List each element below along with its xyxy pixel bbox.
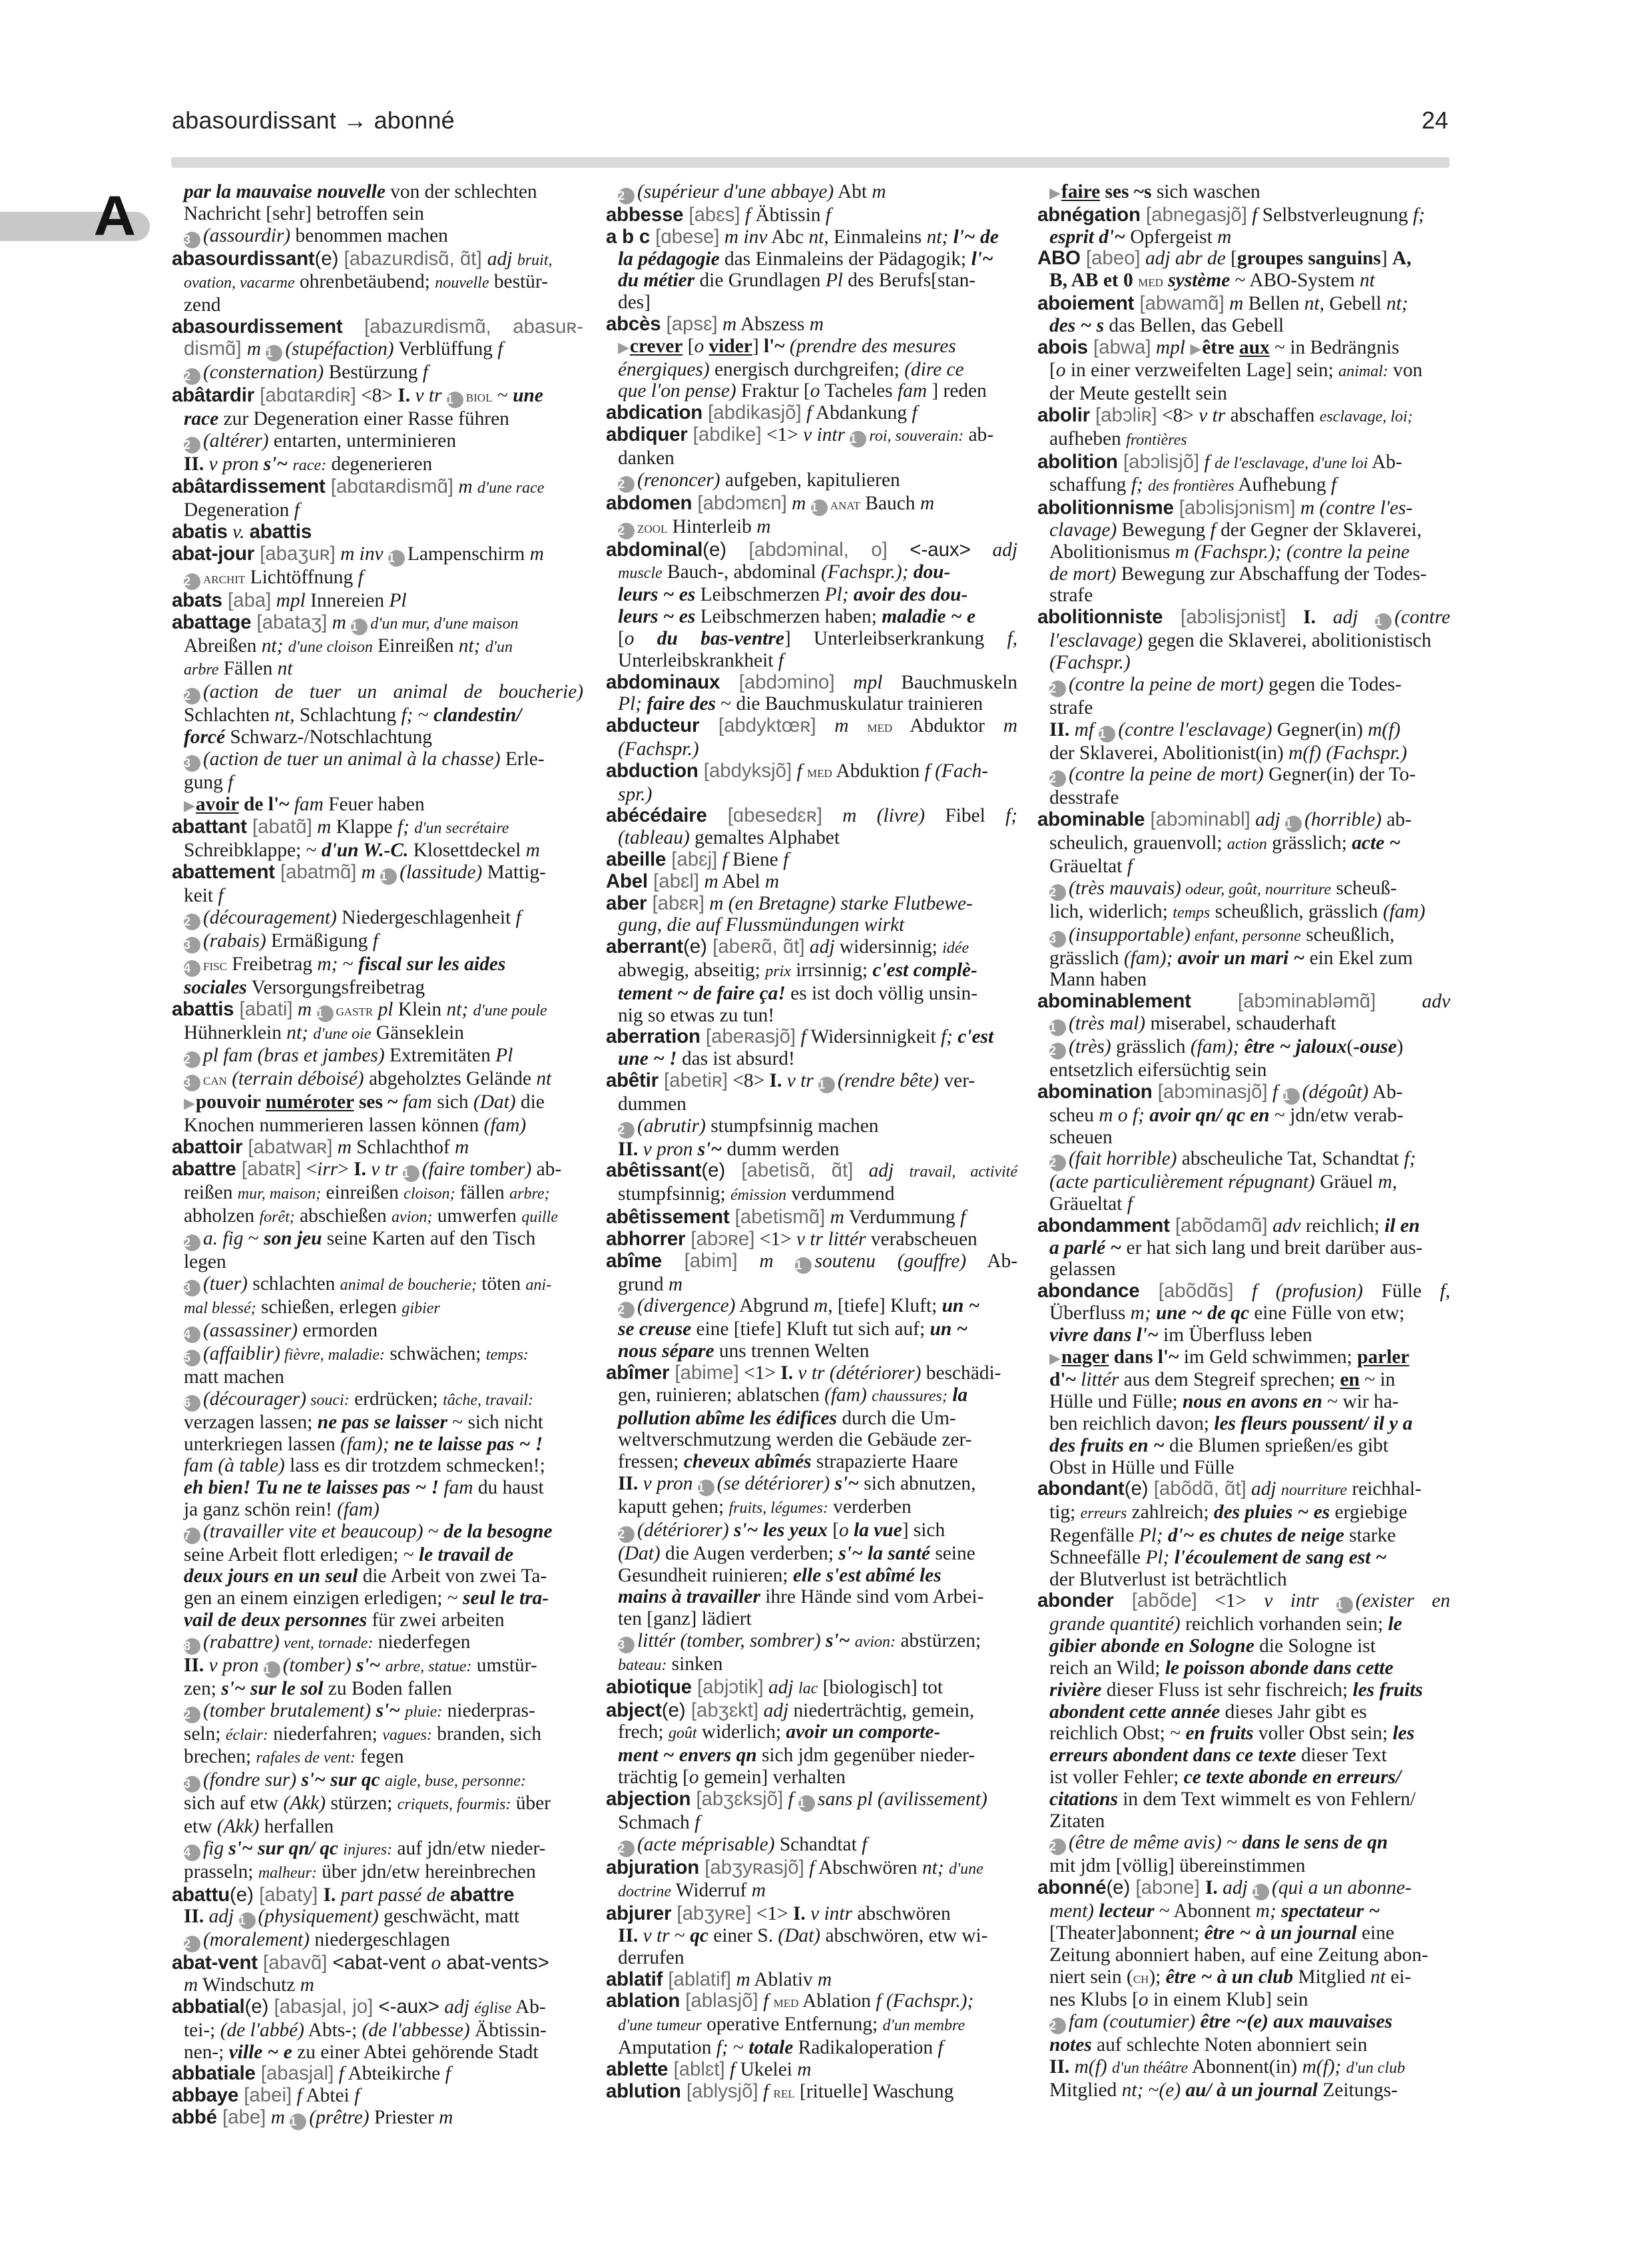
headword: abattu (172, 1884, 230, 1906)
entry-headword-line: ablette [ablɛt] f Ukelei m (606, 2059, 1017, 2081)
text-run: m(f) (1368, 719, 1400, 740)
text-run: (e) (1159, 2080, 1181, 2101)
text-run: sich jdm gegenüber nieder- (757, 1745, 975, 1766)
text-run: entsetzlich eifersüchtig sein (1049, 1059, 1266, 1081)
text-run: o (694, 336, 704, 357)
headword: abîmer (606, 1362, 669, 1384)
sense-number-icon: 1 (317, 1005, 334, 1022)
text-run: verderben (828, 1496, 912, 1518)
text-run: (Dat) (473, 1091, 516, 1113)
entry-continuation-line: mal blessé; schießen, erlegen gibier (172, 1296, 583, 1320)
text-run: ani- (525, 1276, 551, 1294)
entry-headword-line: abattre [abatʀ] <irr> I. v tr 1(faire to… (172, 1159, 583, 1182)
text-run: nt (278, 658, 293, 679)
text-run: faire des (647, 693, 716, 714)
text-run: bestür- (489, 271, 547, 292)
entry-headword-line: abondant(e) [abõdɑ̃, ɑ̃t] adj nourriture… (1037, 1478, 1450, 1502)
text-run: o (689, 1767, 699, 1788)
headword: aberrant (606, 936, 683, 958)
text-run: fiscal sur les aides (358, 954, 505, 975)
text-run: I. (398, 385, 410, 406)
text-run: adj (487, 248, 517, 270)
text-run: operative Entfernung; (702, 2014, 883, 2035)
text-run: l'esclavage) (1049, 630, 1143, 651)
page-number: 24 (1422, 107, 1448, 135)
text-run: (fam) (484, 1115, 527, 1136)
text-run: ~ (670, 1925, 690, 1946)
text-run: il en (1384, 1215, 1420, 1237)
headword: abêtissant (606, 1159, 701, 1181)
text-run: (supérieur d'une abbaye) (637, 181, 834, 202)
text-run: abat-vents> (441, 1952, 549, 1974)
text-run: sich waschen (1151, 181, 1260, 202)
text-run: irrsinnig; (791, 960, 872, 981)
text-run: (e) (244, 1996, 268, 2018)
text-run: die Arbeit von zwei Ta- (358, 1565, 547, 1587)
text-run: s'~ (698, 1139, 722, 1160)
text-run: <8> (1157, 405, 1194, 426)
text-run: Lampenschirm (408, 543, 530, 565)
text-run: I. (793, 1903, 806, 1924)
entry-continuation-line: nig so etwas zu tun! (606, 1005, 1017, 1027)
column-right: ▶faire ses ~s sich waschenabnégation [ab… (1037, 181, 1450, 2102)
entry-continuation-line: abondent cette année dieses Jahr gibt es (1037, 1701, 1450, 1723)
phonetic: [abdike] (688, 423, 762, 445)
headword: abattis (250, 521, 312, 543)
phonetic: [abdyktœʀ] (699, 714, 816, 736)
entry-continuation-line: 2(abrutir) stumpfsinnig machen (606, 1115, 1017, 1139)
text-run: Ukelei (735, 2059, 797, 2080)
text-run: irr (317, 1159, 338, 1180)
headword: abominable (1037, 808, 1145, 830)
entry-continuation-line: desstrafe (1037, 787, 1450, 809)
text-run: m (797, 2059, 811, 2080)
text-run: aigle, buse, personne: (385, 1773, 526, 1790)
text-run: es ist doch völlig unsin- (786, 983, 977, 1004)
text-run: adj (1246, 1478, 1281, 1500)
phonetic: [abõde] (1114, 1589, 1197, 1611)
text-run: c'est complè- (872, 960, 977, 981)
headword: abbatiale (172, 2062, 256, 2084)
text-run: f (912, 402, 917, 423)
text-run: B, AB et 0 (1049, 270, 1138, 291)
text-run: (assassiner) (203, 1320, 298, 1341)
text-run: schlachten (248, 1273, 340, 1294)
text-run: grande quantité) (1049, 1613, 1181, 1635)
entry-headword-line: abjurer [abʒyʀe] <1> I. v intr abschwöre… (606, 1903, 1017, 1925)
text-run: Amputation (618, 2037, 716, 2058)
text-run: criquets, fourmis: (398, 1796, 511, 1813)
entry-headword-line: abolir [abɔliʀ] <8> v tr abschaffen escl… (1037, 405, 1450, 428)
entry-continuation-line: dummen (606, 1093, 1017, 1115)
text-run: uns trennen Welten (714, 1340, 870, 1362)
text-run: -ouse (1353, 1036, 1396, 1057)
entry-headword-line: abdominaux [abdɔmino] mpl Bauchmuskeln (606, 672, 1017, 694)
text-run: reichlich; (1301, 1215, 1385, 1237)
text-run: zur Degeneration einer Rasse führen (218, 408, 509, 429)
text-run: nt (1360, 270, 1375, 291)
text-run: Abdankung (812, 402, 912, 423)
text-run: (contre (1394, 607, 1450, 628)
text-run: Abc (767, 226, 808, 248)
entry-headword-line: aboiement [abwamɑ̃] m Bellen nt, Gebell … (1037, 293, 1450, 315)
sense-number-icon: 2 (184, 914, 200, 930)
text-run: nt (1370, 1966, 1386, 1988)
text-run: Bewegung (1117, 519, 1210, 541)
entry-continuation-line: nes Klubs [o in einem Klub] sein (1037, 1989, 1450, 2011)
headword: abdominal (606, 539, 702, 561)
text-run: (contre la peine de mort) (1069, 674, 1264, 695)
text-run: aux (1239, 337, 1270, 358)
text-run: malheur: (258, 1864, 317, 1882)
text-run: (fam); (1124, 948, 1178, 969)
text-run: de la besogne (443, 1521, 552, 1542)
text-run: clavage) (1049, 519, 1117, 541)
text-run: abwegig, abseitig; (618, 960, 765, 981)
text-run: adj abr de (1141, 248, 1231, 269)
headword: abjection (606, 1788, 690, 1810)
text-run: <1> (762, 424, 798, 445)
text-run: grässlich; (1267, 832, 1352, 854)
text-run: eine (1357, 1922, 1394, 1944)
idiom-triangle-icon: ▶ (618, 339, 629, 356)
text-run: parler (1357, 1346, 1409, 1368)
phonetic: [abim] (662, 1250, 738, 1272)
entry-continuation-line: grande quantité) reichlich vorhanden sei… (1037, 1613, 1450, 1635)
text-run: Abduktion (832, 760, 925, 782)
text-run: v pron (204, 453, 264, 475)
text-run: f (826, 204, 831, 226)
text-run: <8> (356, 385, 398, 406)
sense-number-icon: 4 (184, 1326, 200, 1343)
text-run: Schmach (618, 1812, 694, 1833)
text-run: schwächen; (385, 1343, 486, 1364)
text-run: lac (798, 1680, 818, 1697)
text-run: abscheuliche Tat, Schandtat (1177, 1148, 1404, 1169)
text-run: l'écoulement de sang est ~ (1175, 1547, 1387, 1568)
headword: abolitionnisme (1037, 497, 1174, 519)
text-run: dans l'~ (1109, 1346, 1179, 1368)
text-run: v pron (638, 1139, 698, 1160)
text-run: Pl (826, 270, 843, 291)
entry-continuation-line: 8(rabattre) vent, tornade: niederfegen (172, 1631, 583, 1655)
text-run: fegen (356, 1746, 404, 1767)
text-run: seine (930, 1543, 975, 1564)
entry-continuation-line: Nachricht [sehr] betroffen sein (172, 203, 583, 225)
sense-number-icon: 6 (184, 1395, 200, 1412)
headword: abeille (606, 848, 666, 870)
text-run: Ab- (1368, 451, 1402, 473)
sense-number-icon: 2 (184, 368, 200, 385)
entry-continuation-line: 2archit Lichtöffnung f (172, 567, 583, 590)
text-run: abschießen (295, 1205, 392, 1227)
entry-continuation-line: mains à travailler ihre Hände sind vom A… (606, 1586, 1017, 1608)
text-run: m (300, 1974, 314, 1996)
text-run: que l'on pense) (618, 380, 736, 402)
text-run: m (453, 476, 477, 497)
text-run: (tableau) (618, 827, 690, 848)
entry-continuation-line: (tableau) gemaltes Alphabet (606, 827, 1017, 849)
text-run: (fam) (1383, 901, 1426, 922)
phonetic: [abɔʀe] (685, 1228, 754, 1250)
text-run: (fam); (340, 1434, 389, 1455)
text-run: des ~ s (1049, 315, 1104, 336)
text-run: desstrafe (1049, 787, 1119, 808)
text-run: v tr littér (792, 1229, 866, 1250)
text-run: Widerruf (671, 1880, 752, 1901)
text-run: <-aux> (378, 1996, 439, 2018)
sense-number-icon: 1 (264, 1661, 280, 1678)
text-run: ~ (728, 2037, 749, 2058)
phonetic: [abazuʀdisɑ̃, ɑ̃t] (338, 248, 487, 270)
text-run: zend (184, 294, 220, 316)
text-run: Zeitungs- (1318, 2080, 1398, 2101)
text-run: nt; (459, 635, 485, 657)
entry-continuation-line: Gesundheit ruinieren; elle s'est abîmé l… (606, 1565, 1017, 1587)
text-run: Fülle (1363, 1280, 1440, 1302)
text-run: gemein] verhalten (699, 1767, 846, 1788)
text-run: A, (1392, 248, 1412, 269)
text-run: (rabais) (203, 930, 266, 952)
entry-continuation-line: Schlachten nt, Schlachtung f; ~ clandest… (172, 704, 583, 726)
text-run: action (1227, 836, 1267, 853)
text-run: widerlich; (697, 1721, 786, 1743)
text-run: acte ~ (1352, 832, 1400, 854)
text-run: m (356, 862, 380, 883)
text-run: Mitglied (1049, 2080, 1122, 2101)
text-run: m; (1256, 1900, 1281, 1922)
text-run: (être de même avis) (1069, 1832, 1222, 1853)
text-run: f (423, 362, 428, 383)
text-run: vagues: (382, 1727, 432, 1744)
entry-continuation-line: entsetzlich eifersüchtig sein (1037, 1059, 1450, 1081)
text-run: scheuß- (1331, 878, 1397, 899)
entry-continuation-line: gibier abonde en Sologne die Sologne ist (1037, 1635, 1450, 1657)
sense-number-icon: 1 (1336, 1597, 1353, 1613)
entry-continuation-line: leurs ~ es Leibschmerzen Pl; avoir des d… (606, 584, 1017, 606)
text-run: s'~ les yeux (729, 1520, 828, 1541)
text-run: Bestürzung (324, 362, 423, 383)
text-run: II. (184, 1655, 204, 1676)
text-run: (contre la peine de mort) (1069, 764, 1264, 785)
text-run: der Sklaverei, Abolitionist(in) (1049, 742, 1288, 764)
text-run: littér (1081, 1369, 1119, 1390)
phonetic: [abavɑ̃] (258, 1952, 333, 1974)
headword: abêtir (606, 1069, 659, 1091)
sense-number-icon: 1 (811, 499, 828, 516)
sense-number-icon: 2 (1049, 681, 1066, 697)
entry-continuation-line: Regenfälle Pl; d'~ es chutes de neige st… (1037, 1525, 1450, 1547)
entry-headword-line: abolition [abɔlisjõ] f de l'esclavage, d… (1037, 451, 1450, 475)
text-run: race (184, 408, 218, 429)
text-run: I. (1205, 1877, 1218, 1898)
text-run: m (787, 493, 811, 514)
text-run: niederfahren; (268, 1723, 382, 1745)
text-run: derrufen (618, 1947, 685, 1968)
text-run: de l'~ (239, 794, 294, 815)
text-run: notes (1049, 2034, 1092, 2056)
text-run: (assourdir) (203, 225, 290, 246)
text-run: Pl; (618, 693, 647, 714)
headword: abattre (450, 1884, 515, 1906)
text-run: Bauch (860, 493, 920, 514)
headword: abolition (1037, 451, 1118, 473)
text-run: des pluies ~ es (1214, 1502, 1330, 1523)
headword: abats (172, 589, 222, 611)
text-run: abschaffen (1225, 405, 1319, 426)
text-run: erreurs (1081, 1505, 1127, 1522)
text-run: zu einer Abtei gehörende Stadt (292, 2042, 539, 2063)
text-run: v tr (1194, 405, 1225, 426)
text-run: nen-; (184, 2042, 229, 2063)
text-run: faire (1061, 181, 1100, 202)
text-run: (Dat) (778, 1925, 820, 1946)
phonetic: [abʒyʀasjõ] (699, 1856, 804, 1878)
text-run: verdummend (786, 1183, 894, 1205)
text-run: seln; (184, 1723, 226, 1745)
text-run: für zwei arbeiten (367, 1609, 504, 1631)
text-run: med (774, 1994, 799, 2011)
text-run: (divergence) (637, 1295, 735, 1316)
text-run: f; (1404, 1148, 1416, 1169)
text-run: m(f) (1069, 2056, 1112, 2078)
text-run: des Berufs[stan- (843, 270, 975, 291)
text-run: f (792, 760, 807, 782)
entry-continuation-line: Pl; faire des ~ die Bauchmuskulatur trai… (606, 693, 1017, 715)
phonetic: [abdɔmɛn] (692, 492, 787, 514)
entry-headword-line: abbesse [abɛs] f Äbtissin f (606, 204, 1017, 226)
text-run: m (731, 1969, 750, 1990)
text-run: (e) (701, 1159, 725, 1181)
text-run: < (301, 1159, 317, 1180)
entry-headword-line: ablation [ablasjõ] f med Ablation f (Fac… (606, 1990, 1017, 2014)
entry-continuation-line: 2zool Hinterleib m (606, 516, 1017, 539)
headword: abbaye (172, 2084, 238, 2106)
text-run: tâche, travail: (443, 1392, 533, 1409)
text-run: avion: (855, 1633, 896, 1651)
text-run: (e) (230, 1884, 254, 1906)
text-run: nt, (1304, 293, 1324, 314)
entry-continuation-line: Schreibklappe; ~ d'un W.-C. Klosettdecke… (172, 840, 583, 862)
text-run: (Akk) (217, 1816, 260, 1837)
entry-headword-line: abattement [abatmɑ̃] m 1(lassitude) Matt… (172, 862, 583, 885)
phonetic: [abɛʀ] (647, 892, 704, 914)
phonetic: [abɛs] (683, 204, 740, 226)
text-run: Äbtissin- (470, 2020, 547, 2041)
text-run: eine [tiefe] Kluft tut sich auf; (691, 1318, 930, 1340)
text-run: ] Unterleibserkrankung (784, 628, 1007, 649)
text-run: niederfegen (373, 1631, 470, 1653)
entry-continuation-line: 2(action de tuer un animal de boucherie) (172, 681, 583, 704)
entry-continuation-line: doctrine Widerruf m (606, 1880, 1017, 1903)
text-run: f (717, 849, 728, 870)
phonetic: [abwamɑ̃] (1134, 292, 1225, 314)
text-run: fam (294, 794, 324, 815)
text-run: d'un (485, 639, 513, 656)
phonetic: [abʒɛkt] (686, 1699, 759, 1721)
text-run: f (960, 1207, 965, 1228)
text-run: f (516, 907, 521, 928)
text-run: arbre (184, 661, 218, 679)
headword: abdomen (606, 492, 692, 514)
text-run: weltverschmutzung werden die Gebäude zer… (618, 1429, 971, 1450)
sense-number-icon: 2 (618, 188, 635, 204)
text-run: rivière (1049, 1679, 1101, 1701)
text-run: (e) (1106, 1876, 1130, 1898)
text-run: töten (477, 1273, 525, 1294)
text-run: Windschutz (198, 1974, 300, 1996)
headword: abat-vent (172, 1952, 258, 1974)
text-run: f, (1440, 1280, 1451, 1302)
entry-headword-line: abatis v. abattis (172, 521, 583, 543)
text-run: I. (323, 1884, 336, 1906)
text-run: <1> (739, 1362, 781, 1384)
headword: aberration (606, 1025, 700, 1047)
text-run: (prendre des mesures (790, 336, 956, 357)
text-run: ville ~ e (229, 2042, 292, 2063)
entry-continuation-line: reich an Wild; le poisson abonde dans ce… (1037, 1657, 1450, 1679)
text-run: esclavage, loi; (1320, 408, 1413, 425)
text-run: (décourager) (203, 1388, 306, 1410)
text-run: d'une oie (313, 1025, 371, 1043)
entry-headword-line: abolitionniste [abɔlisjɔnist] I. adj 1(c… (1037, 607, 1450, 630)
phonetic: [abetismɑ̃] (729, 1206, 825, 1228)
text-run: d'une cloison (288, 639, 373, 656)
headword: abbatial (172, 1996, 244, 2018)
sense-number-icon: 1 (290, 2113, 306, 2130)
entry-headword-line: a b c [ɑbese] m inv Abc nt, Einmaleins n… (606, 226, 1017, 248)
text-run: geschwächt, matt (379, 1906, 519, 1927)
text-run: abstürzen; (896, 1630, 981, 1651)
headword: abonder (1037, 1589, 1114, 1611)
entry-continuation-line: l'esclavage) gegen die Sklaverei, abolit… (1037, 630, 1450, 652)
text-run: sans pl (avilissement) (818, 1789, 987, 1810)
text-run: benommen machen (290, 225, 448, 246)
text-run: ( (1347, 1036, 1354, 1057)
entry-continuation-line: verzagen lassen; ne pas se laisser ~ sic… (172, 1412, 583, 1434)
text-run: d'une race (477, 479, 544, 497)
entry-continuation-line: Schneefälle Pl; l'écoulement de sang est… (1037, 1547, 1450, 1569)
text-run: f (358, 567, 364, 588)
entry-continuation-line: 2(détériorer) s'~ les yeux [o la vue] si… (606, 1520, 1017, 1543)
entry-continuation-line: clavage) Bewegung f der Gegner der Sklav… (1037, 519, 1450, 541)
text-run: arbre, statue: (386, 1658, 472, 1675)
text-run: f; (402, 704, 413, 726)
text-run: matt machen (184, 1366, 284, 1388)
text-run: adj (1250, 809, 1285, 830)
text-run: f; (1131, 474, 1148, 495)
entry-continuation-line: notes auf schlechte Noten abonniert sein (1037, 2034, 1450, 2056)
entry-continuation-line: dismɑ̃] m 1(stupéfaction) Verblüffung f (172, 338, 583, 362)
text-run: m (247, 338, 266, 360)
text-run: Abteikirche (344, 2063, 445, 2084)
entry-headword-line: abattis [abati] m 1gastr pl Klein nt; d'… (172, 999, 583, 1022)
text-run: das ist absurd! (677, 1048, 795, 1069)
text-run: m (Fachspr.); (contre la peine (1175, 541, 1410, 563)
text-run: grund (618, 1274, 669, 1295)
text-run: m (184, 1974, 198, 1996)
text-run: cheveux abîmés (684, 1451, 812, 1472)
text-run: aufgeben, kapitulieren (720, 469, 900, 491)
text-run: danken (618, 447, 675, 469)
text-run: rel (774, 2084, 795, 2102)
phonetic: [abime] (669, 1362, 739, 1384)
entry-continuation-line: trächtig [o gemein] verhalten (606, 1767, 1017, 1789)
entry-continuation-line: 2fam (coutumier) être ~(e) aux mauvaises (1037, 2011, 1450, 2034)
text-run: seul le tra- (463, 1587, 549, 1609)
text-run: Fällen (218, 658, 277, 679)
headword: abondant (1037, 1478, 1125, 1500)
